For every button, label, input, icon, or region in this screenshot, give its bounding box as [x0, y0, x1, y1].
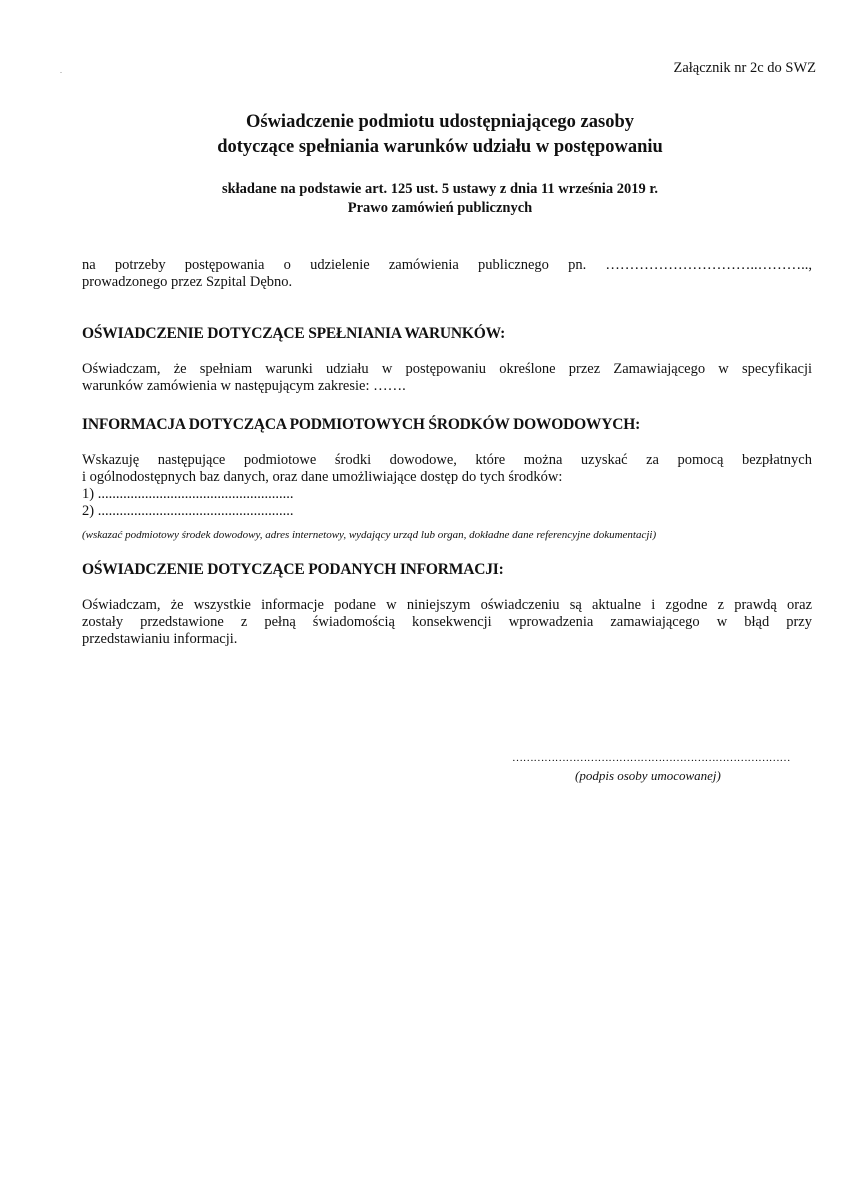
intro-paragraph: na potrzeby postępowania o udzielenie za… — [82, 257, 812, 291]
information-line-2: zostały przedstawione z pełną świadomośc… — [82, 614, 812, 631]
title-line-1: Oświadczenie podmiotu udostępniającego z… — [0, 110, 848, 135]
document-subtitle: składane na podstawie art. 125 ust. 5 us… — [0, 180, 848, 218]
conditions-line-1: Oświadczam, że spełniam warunki udziału … — [82, 361, 812, 378]
signature-line: …………………………………………………………………… — [512, 752, 790, 764]
section-heading-conditions: OŚWIADCZENIE DOTYCZĄCE SPEŁNIANIA WARUNK… — [82, 325, 505, 343]
information-line-3: przedstawianiu informacji. — [82, 631, 812, 648]
evidence-line-1: Wskazuję następujące podmiotowe środki d… — [82, 452, 812, 469]
section-heading-evidence: INFORMACJA DOTYCZĄCA PODMIOTOWYCH ŚRODKÓ… — [82, 416, 640, 434]
subtitle-line-1: składane na podstawie art. 125 ust. 5 us… — [0, 180, 848, 199]
scan-artifact — [60, 72, 62, 73]
intro-line-2: prowadzonego przez Szpital Dębno. — [82, 274, 812, 291]
evidence-paragraph: Wskazuję następujące podmiotowe środki d… — [82, 452, 812, 520]
conditions-paragraph: Oświadczam, że spełniam warunki udziału … — [82, 361, 812, 395]
evidence-note: (wskazać podmiotowy środek dowodowy, adr… — [82, 529, 656, 541]
information-line-1: Oświadczam, że wszystkie informacje poda… — [82, 597, 812, 614]
section-heading-information: OŚWIADCZENIE DOTYCZĄCE PODANYCH INFORMAC… — [82, 561, 504, 579]
signature-label: (podpis osoby umocowanej) — [575, 768, 721, 784]
document-title: Oświadczenie podmiotu udostępniającego z… — [0, 110, 848, 160]
evidence-line-2: i ogólnodostępnych baz danych, oraz dane… — [82, 469, 812, 486]
annex-label: Załącznik nr 2c do SWZ — [673, 60, 816, 77]
evidence-item-1: 1) .....................................… — [82, 486, 812, 503]
information-paragraph: Oświadczam, że wszystkie informacje poda… — [82, 597, 812, 648]
intro-line-1: na potrzeby postępowania o udzielenie za… — [82, 257, 812, 274]
evidence-item-2: 2) .....................................… — [82, 503, 812, 520]
conditions-line-2: warunków zamówienia w następującym zakre… — [82, 378, 812, 395]
subtitle-line-2: Prawo zamówień publicznych — [0, 199, 848, 218]
title-line-2: dotyczące spełniania warunków udziału w … — [0, 135, 848, 160]
